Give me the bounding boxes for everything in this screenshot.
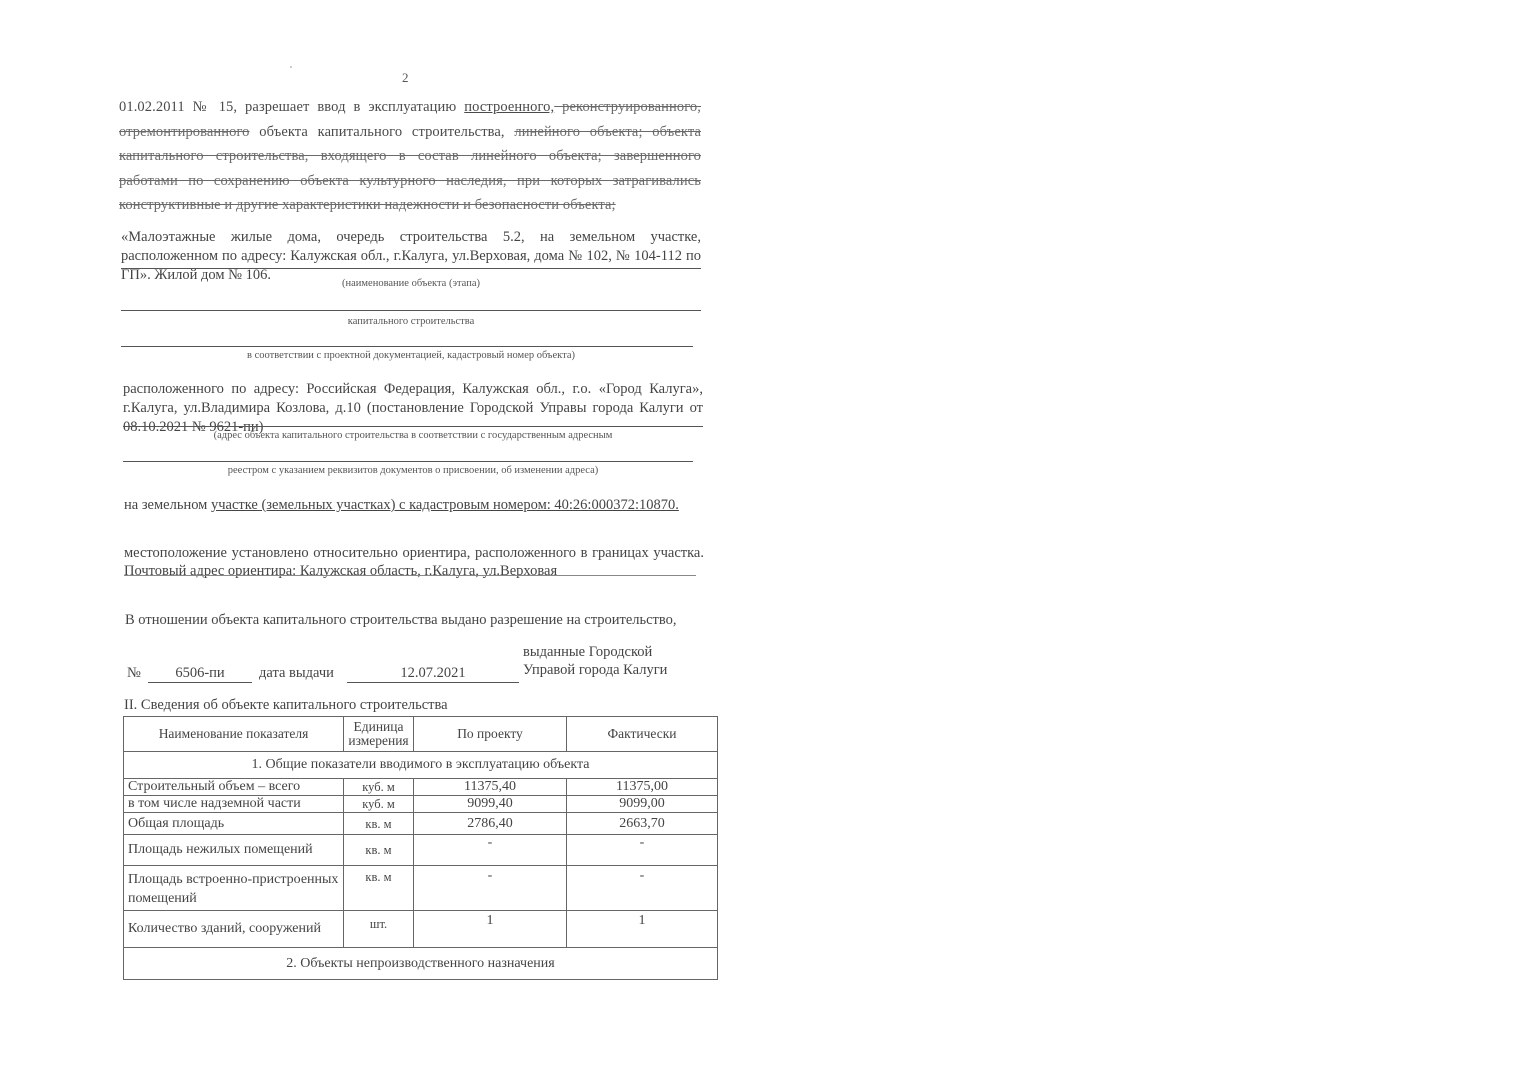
cadastral-number: участке (земельных участках) с кадастров… (211, 497, 679, 513)
section-row-2: 2. Объекты непроизводственного назначени… (124, 948, 718, 980)
table-row: Строительный объем – всего куб. м 11375,… (124, 779, 718, 796)
object-name-rule-2 (121, 310, 701, 311)
row-actual: 2663,70 (567, 813, 718, 835)
row-project: - (414, 866, 567, 911)
document-page: 2 01.02.2011 № 15, разрешает ввод в эксп… (0, 0, 1527, 1080)
row-actual: 9099,00 (567, 796, 718, 813)
header-project: По проекту (414, 717, 567, 752)
header-unit: Единица измерения (344, 717, 414, 752)
section-1-title: 1. Общие показатели вводимого в эксплуат… (124, 752, 718, 779)
permit-issuer: выданные Городской Управой города Калуги (523, 643, 683, 679)
address-rule (123, 426, 703, 427)
table-row: Площадь нежилых помещений кв. м - - (124, 835, 718, 866)
address-caption-2: реестром с указанием реквизитов документ… (123, 465, 703, 476)
row-actual: - (567, 866, 718, 911)
header-indicator: Наименование показателя (124, 717, 344, 752)
object-name-caption-1: (наименование объекта (этапа) (121, 278, 701, 289)
intro-struck-reconstructed: реконструированного, (554, 99, 701, 115)
row-unit: кв. м (344, 866, 414, 911)
permit-statement: В отношении объекта капитального строите… (125, 612, 705, 629)
address-caption-1: (адрес объекта капитального строительств… (123, 430, 703, 441)
row-unit: шт. (344, 911, 414, 948)
permit-number-label: № (127, 665, 141, 682)
row-project: - (414, 835, 567, 866)
object-name-rule (121, 268, 701, 269)
row-name: Строительный объем – всего (124, 779, 344, 796)
permit-date-label: дата выдачи (259, 665, 334, 682)
table-row: Площадь встроенно-пристроенных помещений… (124, 866, 718, 911)
section-row-1: 1. Общие показатели вводимого в эксплуат… (124, 752, 718, 779)
row-project: 11375,40 (414, 779, 567, 796)
section-title: II. Сведения об объекте капитального стр… (124, 697, 448, 714)
table-header-row: Наименование показателя Единица измерени… (124, 717, 718, 752)
row-name: Количество зданий, сооружений (124, 911, 344, 948)
row-project: 9099,40 (414, 796, 567, 813)
section-2-title: 2. Объекты непроизводственного назначени… (124, 948, 718, 980)
page-number: 2 (402, 70, 409, 86)
row-actual: 1 (567, 911, 718, 948)
land-prefix: на земельном (124, 497, 211, 513)
table-row: в том числе надземной части куб. м 9099,… (124, 796, 718, 813)
intro-middle: объекта капитального строительства, (250, 124, 515, 140)
row-project: 1 (414, 911, 567, 948)
land-plot: на земельном участке (земельных участках… (124, 497, 704, 514)
intro-prefix: 01.02.2011 № 15, разрешает ввод в эксплу… (119, 99, 464, 115)
row-unit: кв. м (344, 835, 414, 866)
table-row: Количество зданий, сооружений шт. 1 1 (124, 911, 718, 948)
row-name: Площадь нежилых помещений (124, 835, 344, 866)
row-name: в том числе надземной части (124, 796, 344, 813)
permit-date: 12.07.2021 (347, 665, 519, 683)
row-name: Общая площадь (124, 813, 344, 835)
location-rule (124, 575, 696, 576)
scan-speck (290, 66, 292, 68)
intro-struck-repaired: отремонтированного (119, 124, 250, 140)
row-project: 2786,40 (414, 813, 567, 835)
row-unit: куб. м (344, 796, 414, 813)
row-actual: - (567, 835, 718, 866)
row-actual: 11375,00 (567, 779, 718, 796)
row-unit: кв. м (344, 813, 414, 835)
row-unit: куб. м (344, 779, 414, 796)
row-name: Площадь встроенно-пристроенных помещений (124, 866, 344, 911)
header-actual: Фактически (567, 717, 718, 752)
object-info-table: Наименование показателя Единица измерени… (123, 716, 718, 980)
object-name-caption-3: в соответствии с проектной документацией… (121, 350, 701, 361)
object-name-rule-3 (121, 346, 693, 347)
object-name-caption-2: капитального строительства (121, 316, 701, 327)
table-row: Общая площадь кв. м 2786,40 2663,70 (124, 813, 718, 835)
address-rule-2 (123, 461, 693, 462)
permit-number: 6506-пи (148, 665, 252, 683)
object-name: «Малоэтажные жилые дома, очередь строите… (121, 228, 701, 285)
intro-built: построенного, (464, 99, 554, 115)
intro-paragraph: 01.02.2011 № 15, разрешает ввод в эксплу… (119, 95, 701, 218)
object-address: расположенного по адресу: Российская Фед… (123, 380, 703, 437)
